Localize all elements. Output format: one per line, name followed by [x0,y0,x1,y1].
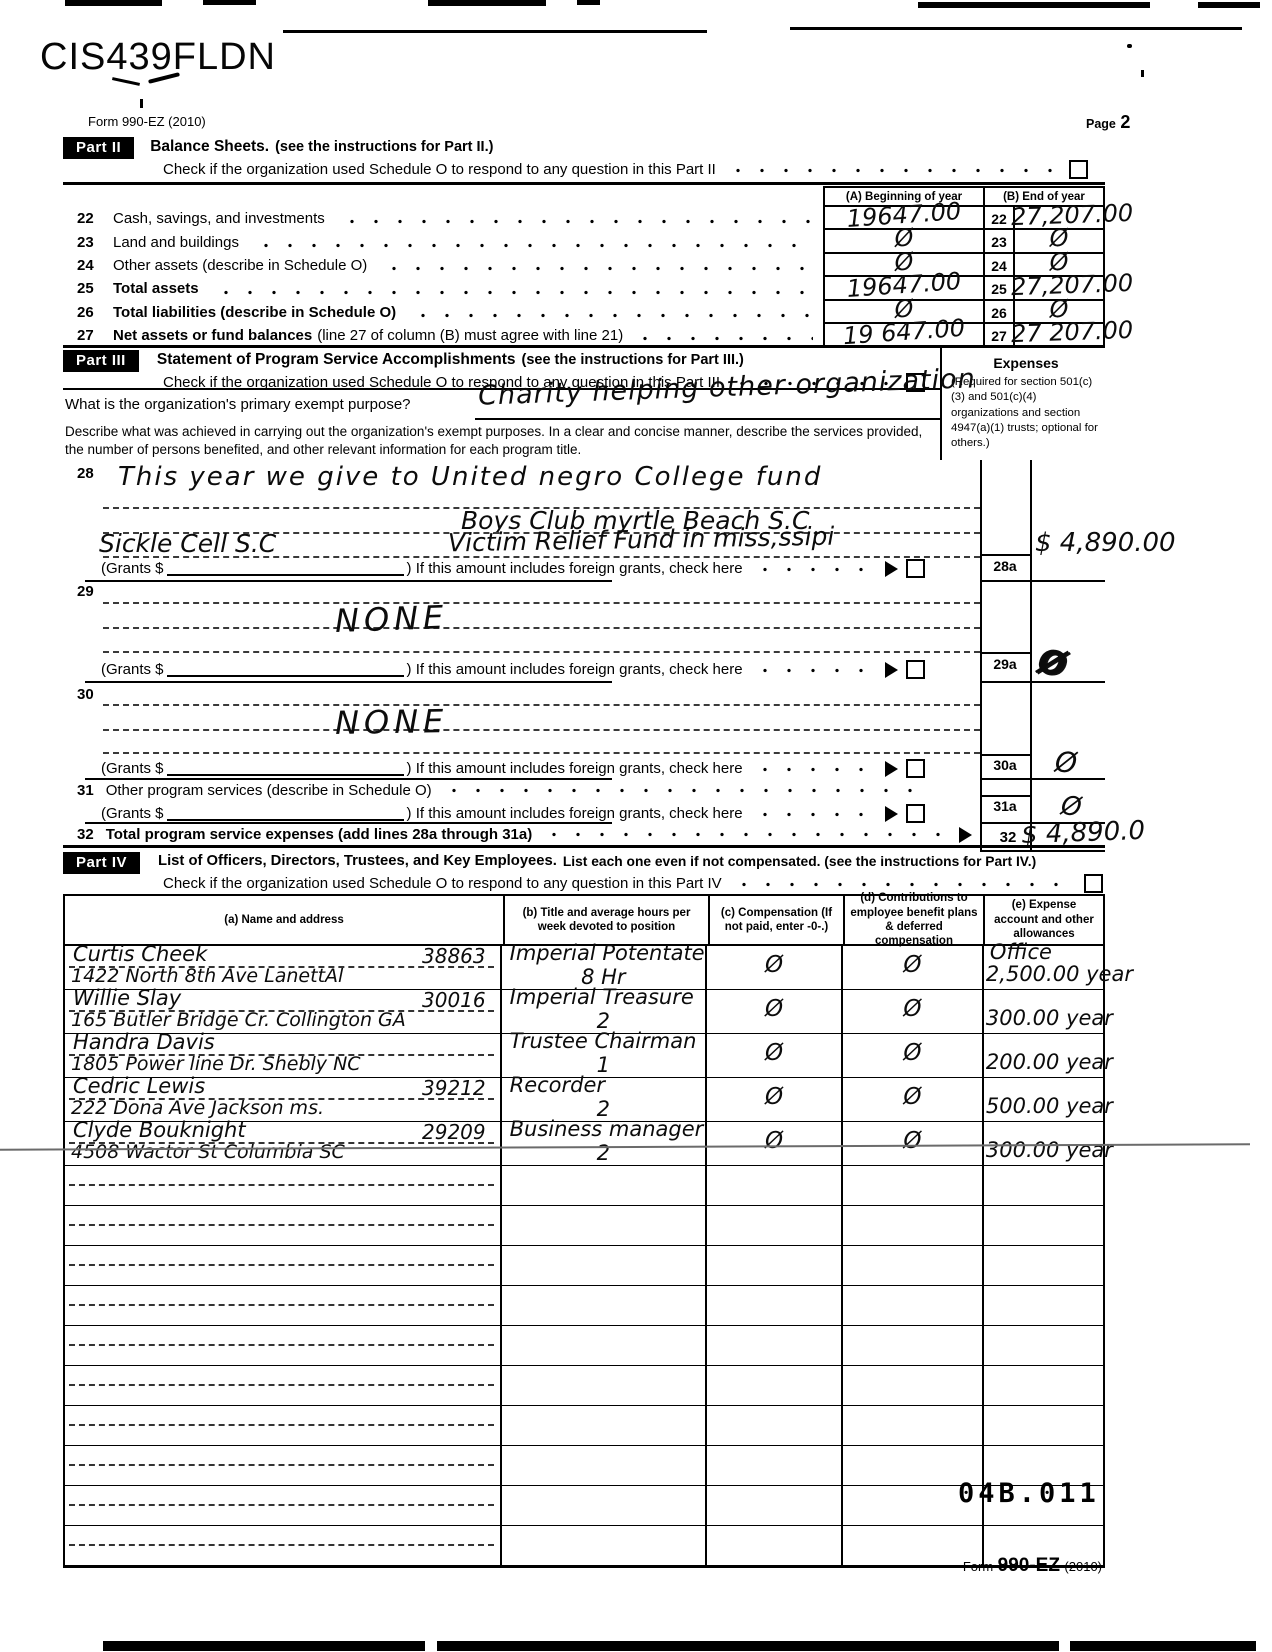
dot-leader [442,788,930,793]
officer-row-empty [65,1286,1103,1326]
grants-label: (Grants $ [101,560,164,577]
part4-title: List of Officers, Directors, Trustees, a… [158,853,557,869]
contributions-cell: Ø [841,1034,982,1077]
box-rule [980,681,1105,683]
program-handwriting: Sickle Cell S.C [99,529,276,558]
box-rule [980,754,1032,756]
compensation-cell [705,1206,841,1245]
part2-header: Part II Balance Sheets. (see the instruc… [63,137,493,159]
grants-amount-line [167,662,404,677]
officer-row-empty [65,1206,1103,1246]
expense-line2: 500.00 year [986,1094,1113,1118]
scan-artifact [428,0,546,6]
line-number: 23 [63,234,113,251]
name-address-cell [65,1406,500,1445]
name-address-cell [65,1366,500,1405]
officer-address: 222 Dona Ave Jackson ms. [71,1097,324,1119]
row-description: 25 Total assets [63,277,823,300]
officer-row-empty [65,1166,1103,1206]
contributions-cell: Ø [841,1078,982,1121]
grants-text: ) If this amount includes foreign grants… [407,760,743,777]
box-rule [980,795,1032,797]
officer-title: Imperial Treasure [510,985,694,1009]
officer-zip: 39212 [422,1076,486,1100]
name-address-cell: Curtis Cheek 38863 1422 North 8th Ave La… [65,946,500,989]
program-handwriting: NONE [335,702,449,742]
grants-amount-line [167,761,404,776]
officer-row-empty [65,1366,1103,1406]
handwritten-value: Ø [707,952,841,978]
expense-cell [982,1406,1103,1445]
scan-artifact [65,0,162,6]
name-address-cell [65,1326,500,1365]
officer-title: Business manager [510,1117,704,1141]
line-label: Net assets or fund balances [113,327,312,344]
write-line [69,1184,494,1186]
write-line [69,1264,494,1266]
check-text: Check if the organization used Schedule … [163,875,722,892]
scan-artifact [918,2,1150,8]
title-hours-cell: Imperial Potentate 8 Hr [500,946,705,989]
scan-artifact [1141,70,1144,77]
name-address-cell [65,1446,500,1485]
part3-title: Statement of Program Service Accomplishm… [157,351,516,369]
handwritten-value: Ø [843,996,982,1022]
officers-table: (a) Name and address (b) Title and avera… [63,894,1105,1568]
scan-stamp: 04B.011 [958,1478,1100,1509]
line-label: Land and buildings [113,234,239,251]
officer-row-empty [65,1326,1103,1366]
contributions-cell [841,1166,982,1205]
dot-leader [411,313,813,318]
arrow-icon [885,761,898,777]
scan-artifact [103,1641,425,1651]
line-30a-label: 30a [980,757,1030,773]
handwritten-value: Ø [707,996,841,1022]
title-hours-cell [500,1366,705,1405]
expense-line2: 300.00 year [986,1138,1113,1162]
title-hours-cell: Business manager 2 [500,1122,705,1165]
officer-zip: 29209 [422,1120,486,1144]
title-hours-cell [500,1406,705,1445]
line-number: 31 [77,782,94,799]
compensation-cell [705,1286,841,1325]
officer-hours: 2 [502,1141,705,1165]
expense-line2: 300.00 year [986,1006,1113,1030]
row-description: 22 Cash, savings, and investments [63,207,823,230]
contributions-cell [841,1406,982,1445]
arrow-icon [885,662,898,678]
box-rule [980,580,1105,582]
compensation-cell: Ø [705,1034,841,1077]
officer-address: 1422 North 8th Ave LanettAl [71,965,343,987]
compensation-cell [705,1366,841,1405]
grants-row: (Grants $ ) If this amount includes fore… [101,804,925,823]
line-number: 27 [63,327,113,344]
line-number-box: 24 [983,254,1013,277]
row-description: 23 Land and buildings [63,230,823,253]
row-description: 27 Net assets or fund balances (line 27 … [63,324,823,347]
officer-row-empty [65,1406,1103,1446]
name-address-cell: Clyde Bouknight 29209 4508 Wactor St Col… [65,1122,500,1165]
officer-address: 165 Butler Bridge Cr. Collington GA [71,1009,406,1031]
write-line [103,627,980,629]
contributions-cell [841,1366,982,1405]
foreign-grants-checkbox-31[interactable] [906,804,925,823]
officers-table-header: (a) Name and address (b) Title and avera… [65,896,1103,946]
box-rule [980,652,1032,654]
scanned-form-990ez-page2: CIS439FLDN Form 990-EZ (2010) Page 2 Par… [0,0,1272,1652]
line-number: 32 [77,826,94,843]
name-address-cell: Cedric Lewis 39212 222 Dona Ave Jackson … [65,1078,500,1121]
balance-sheet-table: (A) Beginning of year (B) End of year 22… [63,186,1105,347]
line-number: 28 [77,465,94,482]
line-28a-label: 28a [980,558,1030,574]
line-number-box: 27 [983,324,1013,347]
part4-title-note: List each one even if not compensated. (… [563,854,1036,869]
officer-address: 4508 Wactor St Columbia SC [71,1141,345,1163]
foreign-grants-checkbox-28[interactable] [906,559,925,578]
line-number: 29 [77,583,94,600]
write-line [103,651,980,653]
contributions-cell: Ø [841,946,982,989]
title-hours-cell [500,1206,705,1245]
dot-leader [753,567,873,572]
expense-line2: 2,500.00 year [986,962,1133,986]
expense-cell [982,1286,1103,1325]
officer-address: 1805 Power line Dr. Shebly NC [71,1053,361,1075]
line-number-box: 26 [983,301,1013,324]
end-of-year-cell: 27 207.00 [1013,324,1105,347]
col-title-hours: (b) Title and average hours per week dev… [503,896,708,944]
officer-row: Curtis Cheek 38863 1422 North 8th Ave La… [65,946,1103,990]
compensation-cell [705,1246,841,1285]
officer-name: Curtis Cheek [73,942,207,966]
section-rule [63,182,1105,185]
handwritten-value: Ø [707,1040,841,1066]
title-hours-cell [500,1526,705,1565]
box-rule [980,554,1032,556]
dot-leader [214,290,813,295]
grants-text: ) If this amount includes foreign grants… [407,805,743,822]
line-number: 30 [77,686,94,703]
write-line [103,729,980,731]
scan-artifact [1198,2,1260,8]
scan-artifact [203,0,256,5]
part3-tag: Part III [63,350,139,372]
grants-label: (Grants $ [101,760,164,777]
col-expense-account: (e) Expense account and other allowances [983,896,1103,944]
officer-title: Trustee Chairman [510,1029,697,1053]
dot-leader [726,168,1059,173]
title-hours-cell [500,1326,705,1365]
scan-artifact [1070,1641,1256,1651]
dot-leader [753,767,873,772]
title-hours-cell [500,1286,705,1325]
line-29a-label: 29a [980,656,1030,672]
scan-code: CIS439FLDN [40,36,276,79]
expense-line2: 200.00 year [986,1050,1113,1074]
write-line [69,1344,494,1346]
write-line [103,556,980,558]
part2-tag: Part II [63,137,134,159]
expense-cell: 300.00 year [982,990,1103,1033]
line-label: Total liabilities (describe in Schedule … [113,304,396,321]
part3-title-note: (see the instructions for Part III.) [521,352,743,368]
compensation-cell [705,1446,841,1485]
dot-leader [732,882,1074,887]
expense-cell: 500.00 year [982,1078,1103,1121]
line-number: 25 [63,280,113,297]
line-number-box: 23 [983,230,1013,253]
program-expense-amount: Ø [1035,641,1068,684]
compensation-cell [705,1526,841,1565]
col-contributions: (d) Contributions to employee benefit pl… [843,896,983,944]
line-label: Other program services (describe in Sche… [106,782,432,799]
write-line [103,704,980,706]
scan-artifact [437,1641,1059,1651]
officer-name: Clyde Bouknight [73,1118,246,1142]
handwritten-value: Ø [707,1084,841,1110]
contributions-cell [841,1326,982,1365]
write-line [69,1424,494,1426]
page-label: Page [1086,117,1116,131]
expense-cell [982,1326,1103,1365]
officer-title: Imperial Potentate [510,941,705,965]
grants-amount-line [167,561,404,576]
name-address-cell [65,1286,500,1325]
part2-title: Balance Sheets. [150,138,269,156]
row-description: 26 Total liabilities (describe in Schedu… [63,301,823,324]
part4-check-row: Check if the organization used Schedule … [163,874,1103,893]
line-label: Total program service expenses (add line… [106,826,533,843]
grants-row: (Grants $ ) If this amount includes fore… [101,660,925,679]
program-handwriting: NONE [334,598,449,640]
grants-row: (Grants $ ) If this amount includes fore… [101,759,925,778]
form-id-label: Form 990-EZ (2010) [88,114,206,129]
handwritten-value: 27 207.00 [1011,316,1134,348]
grants-text: ) If this amount includes foreign grants… [407,661,743,678]
dot-leader [254,243,813,248]
section-rule [63,845,1105,848]
grants-underline [85,681,612,683]
arrow-icon [959,827,972,843]
schedule-o-checkbox-part4[interactable] [1084,874,1103,893]
scan-artifact [1127,44,1132,48]
arrow-icon [885,806,898,822]
grants-underline [85,580,612,582]
part2-title-note: (see the instructions for Part II.) [275,139,493,155]
scan-artifact [790,27,1242,30]
line-number: 24 [63,257,113,274]
line-number: 26 [63,304,113,321]
expense-line1: Office [990,940,1052,964]
grants-underline [85,778,612,780]
title-hours-cell: Imperial Treasure 2 [500,990,705,1033]
line-31a-label: 31a [980,798,1030,814]
name-address-cell [65,1246,500,1285]
grants-underline [85,822,612,824]
col-compensation: (c) Compensation (If not paid, enter -0-… [708,896,843,944]
part3-header: Part III Statement of Program Service Ac… [63,350,744,372]
title-hours-cell: Recorder 2 [500,1078,705,1121]
program-handwriting: Victim Relief Fund in miss,ssipi [448,522,835,558]
expense-cell: 200.00 year [982,1034,1103,1077]
officer-row: Cedric Lewis 39212 222 Dona Ave Jackson … [65,1078,1103,1122]
page-number-value: 2 [1120,112,1130,132]
compensation-cell: Ø [705,1122,841,1165]
name-address-cell: Handra Davis 1805 Power line Dr. Shebly … [65,1034,500,1077]
balance-table-row: 27 Net assets or fund balances (line 27 … [63,324,1105,347]
part4-tag: Part IV [63,852,140,874]
compensation-cell [705,1166,841,1205]
officer-name: Cedric Lewis [73,1074,205,1098]
row-description: 24 Other assets (describe in Schedule O) [63,254,823,277]
compensation-cell [705,1326,841,1365]
handwritten-value: Ø [843,952,982,978]
foreign-grants-checkbox-30[interactable] [906,759,925,778]
contributions-cell: Ø [841,1122,982,1165]
expense-cell [982,1206,1103,1245]
write-line [69,1304,494,1306]
write-line [69,1464,494,1466]
title-hours-cell [500,1166,705,1205]
title-hours-cell: Trustee Chairman 1 [500,1034,705,1077]
footer-form-number: 990-EZ [998,1555,1060,1576]
line-number-box: 25 [983,277,1013,300]
line-note: (line 27 of column (B) must agree with l… [317,327,623,344]
compensation-cell [705,1486,841,1525]
line-32-row: 32 Total program service expenses (add l… [77,826,980,843]
officer-zip: 38863 [422,944,486,968]
check-text: Check if the organization used Schedule … [163,161,716,178]
part3-section: Part III Statement of Program Service Ac… [63,348,1105,852]
schedule-o-checkbox-part2[interactable] [1069,160,1088,179]
grants-amount-line [167,806,404,821]
footer-form-word: Form [963,1559,993,1574]
grants-label: (Grants $ [101,661,164,678]
title-hours-cell [500,1486,705,1525]
expense-cell [982,1366,1103,1405]
name-address-cell [65,1206,500,1245]
write-line [475,418,940,420]
grants-row: (Grants $ ) If this amount includes fore… [101,559,925,578]
write-line [103,752,980,754]
title-hours-cell [500,1246,705,1285]
line-number: 22 [63,210,113,227]
grants-label: (Grants $ [101,805,164,822]
dot-leader [753,812,873,817]
beginning-of-year-cell: 19 647.00 [823,324,983,347]
dot-leader [633,336,813,341]
handwritten-value: Ø [843,1128,982,1154]
program-handwriting: This year we give to United negro Colleg… [118,462,822,492]
scan-artifact [577,0,600,5]
grants-text: ) If this amount includes foreign grants… [407,560,743,577]
officer-zip: 30016 [422,988,486,1012]
contributions-cell [841,1246,982,1285]
line-label: Total assets [113,280,199,297]
describe-instructions: Describe what was achieved in carrying o… [65,423,937,459]
foreign-grants-checkbox-29[interactable] [906,660,925,679]
name-address-cell: Willie Slay 30016 165 Butler Bridge Cr. … [65,990,500,1033]
dot-leader [753,668,873,673]
line-label: Other assets (describe in Schedule O) [113,257,367,274]
contributions-cell: Ø [841,990,982,1033]
footer-form-year: (2010) [1064,1559,1102,1574]
name-address-cell [65,1526,500,1565]
compensation-cell: Ø [705,990,841,1033]
write-line [103,602,980,604]
handwritten-value: Ø [707,1128,841,1154]
contributions-cell [841,1206,982,1245]
contributions-cell [841,1286,982,1325]
line-label: Cash, savings, and investments [113,210,325,227]
compensation-cell: Ø [705,946,841,989]
part4-header: Part IV List of Officers, Directors, Tru… [63,852,1036,874]
officer-row: Willie Slay 30016 165 Butler Bridge Cr. … [65,990,1103,1034]
handwritten-value: Ø [843,1084,982,1110]
column-rule [1030,460,1032,852]
write-line [69,1224,494,1226]
officer-row-empty [65,1486,1103,1526]
form-footer: Form 990-EZ (2010) [830,1555,1102,1577]
officer-row: Handra Davis 1805 Power line Dr. Shebly … [65,1034,1103,1078]
officer-name: Willie Slay [73,986,181,1010]
page-number: Page 2 [1086,112,1130,133]
officer-row-empty [65,1446,1103,1486]
col-name-address: (a) Name and address [65,896,503,944]
dot-leader [340,219,813,224]
part2-check-row: Check if the organization used Schedule … [163,160,1088,179]
compensation-cell [705,1406,841,1445]
compensation-cell: Ø [705,1078,841,1121]
program-expense-amount: Ø [1054,745,1078,779]
dot-leader [542,832,947,837]
dot-leader [382,266,813,271]
purpose-question: What is the organization's primary exemp… [65,396,411,413]
handwritten-value: Ø [843,1040,982,1066]
scan-artifact [140,99,143,108]
title-hours-cell [500,1446,705,1485]
expense-cell [982,1166,1103,1205]
officer-row-empty [65,1246,1103,1286]
line-number-box: 22 [983,207,1013,230]
write-line [69,1544,494,1546]
box-rule [980,778,1105,780]
name-address-cell [65,1486,500,1525]
arrow-icon [885,561,898,577]
program-expense-amount: $ 4,890.00 [1035,528,1176,558]
officer-title: Recorder [510,1073,605,1097]
expense-cell: Office 2,500.00 year [982,946,1103,989]
scan-artifact [283,30,707,33]
write-line [69,1384,494,1386]
expense-cell [982,1246,1103,1285]
line-31-row: 31 Other program services (describe in S… [77,782,940,799]
officer-name: Handra Davis [73,1030,215,1054]
name-address-cell [65,1166,500,1205]
write-line [69,1504,494,1506]
